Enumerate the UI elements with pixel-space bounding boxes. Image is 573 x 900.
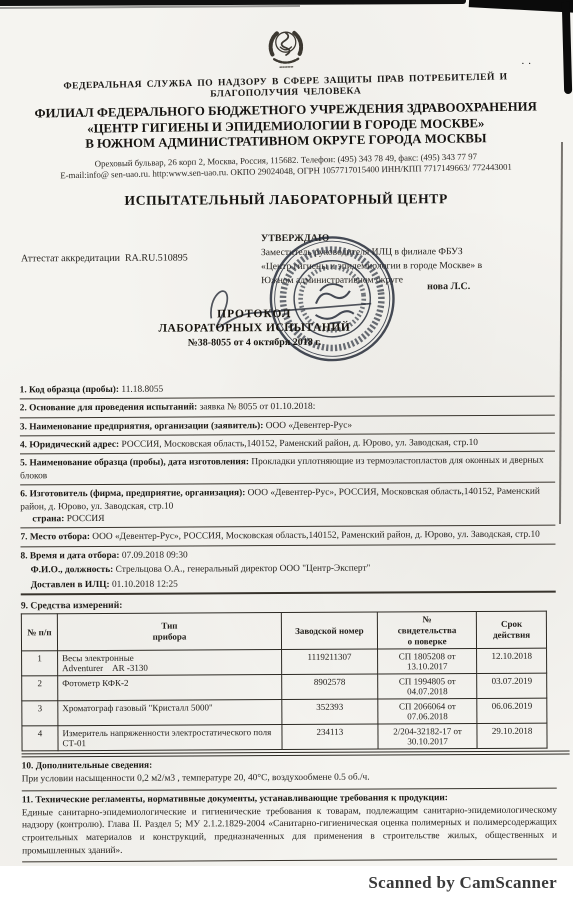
field-manufacturer-country: страна: РОССИЯ [20,511,555,526]
field-sampler-person: Ф.И.О., должность: Стрельцова О.А., гене… [21,562,556,577]
section-text: При условии насыщенности 0,2 м2/м3 , тем… [22,771,557,786]
field-label: 7. Место отбора: [20,532,90,542]
measuring-instruments-table-wrap: № п/п Тип прибора Заводской номер № свид… [21,611,570,758]
protocol-title-line2: ЛАБОРАТОРНЫХ ИСПЫТАНИЙ [19,321,489,335]
col-header-certificate: № свидетельства о поверке [377,612,477,650]
cell-validity: 03.07.2019 [477,674,547,699]
field-label: 1. Код образца (пробы): [20,385,119,396]
approval-zone: Аттестат аккредитации RA.RU.510895 УТВЕР… [19,206,555,379]
field-label: Ф.И.О., должность: [31,565,114,575]
round-ink-stamp-icon [259,226,404,371]
cell-num: 1 [22,651,58,676]
field-value: заявка № 8055 от 01.10.2018: [200,402,316,413]
protocol-title-line1: ПРОТОКОЛ [19,307,489,321]
field-label: Доставлен в ИЛЦ: [31,580,110,590]
document-header: ФЕДЕРАЛЬНАЯ СЛУЖБА ПО НАДЗОРУ В СФЕРЕ ЗА… [18,21,554,210]
cell-serial: 234113 [282,724,378,750]
field-value: 11.18.8055 [121,384,163,394]
camscanner-watermark: Scanned by CamScanner [368,873,557,893]
cell-type: Фотометр КФК-2 [58,675,282,701]
accreditation-certificate: Аттестат аккредитации RA.RU.510895 [21,252,188,264]
cell-type: Весы электронные Adventurer AR -3130 [58,650,282,676]
cell-validity: 12.10.2018 [477,649,547,674]
protocol-title-block: ПРОТОКОЛ ЛАБОРАТОРНЫХ ИСПЫТАНИЙ №38-8055… [19,307,489,349]
field-value: 01.10.2018 12:25 [112,579,178,589]
table-row: 2 Фотометр КФК-2 8902578 СП 1994805 от 0… [22,674,547,702]
cell-serial: 1119211307 [282,649,378,675]
agency-name: ФЕДЕРАЛЬНАЯ СЛУЖБА ПО НАДЗОРУ В СФЕРЕ ЗА… [18,70,553,103]
col-header-validity: Срок действия [477,611,547,649]
camscanner-strip: Scanned by CamScanner [0,866,573,900]
cell-serial: 352393 [282,699,378,725]
cell-certificate: СП 2066064 от 07.06.2018 [378,699,478,725]
signatory-name: нова Л.С. [427,281,470,292]
cell-num: 2 [22,676,58,701]
cell-type: Хроматограф газовый "Кристалл 5000" [58,700,282,726]
table-row: 3 Хроматограф газовый "Кристалл 5000" 35… [22,699,547,727]
protocol-fields: 1. Код образца (пробы): 11.18.8055 2. Ос… [20,378,556,595]
cell-num: 4 [22,726,58,751]
field-value: РОССИЯ [67,514,105,524]
field-sampling-datetime: 8. Время и дата отбора: 07.09.2018 09:30… [20,544,555,595]
field-value: РОССИЯ, Московская область,140152, Рамен… [121,438,478,450]
field-value: 07.09.2018 09:30 [122,550,188,560]
field-value: ООО «Девентер-Рус», РОССИЯ, Московская о… [92,530,540,542]
field-sample-name: 5. Наименование образца (пробы), дата из… [20,452,555,486]
cell-certificate: 2/204-32182-17 от 30.10.2017 [378,724,478,750]
field-label: страна: [32,514,64,524]
section-additional-info: 10. Дополнительные сведения: При условии… [22,755,557,791]
field-label: 6. Изготовитель (фирма, предприятие, орг… [20,488,245,499]
document-body: ФЕДЕРАЛЬНАЯ СЛУЖБА ПО НАДЗОРУ В СФЕРЕ ЗА… [0,0,573,900]
field-value: ООО «Девентер-Рус» [266,420,352,430]
table-row: 1 Весы электронные Adventurer AR -3130 1… [22,649,547,677]
section-regulations: 11. Технические регламенты, нормативные … [22,788,557,862]
field-label: 8. Время и дата отбора: [21,551,120,562]
cell-certificate: СП 1805208 от 13.10.2017 [377,649,477,675]
field-manufacturer: 6. Изготовитель (фирма, предприятие, орг… [20,483,555,529]
table-row: 4 Измеритель напряженности электростатич… [22,724,547,752]
organization-address: Ореховый бульвар, 26 корп 2, Москва, Рос… [18,150,553,182]
col-header-num: № п/п [21,614,57,652]
cell-validity: 06.06.2019 [477,699,547,724]
cell-type: Измеритель напряженности электростатичес… [58,725,282,751]
field-label: 2. Основание для проведения испытаний: [20,403,198,414]
section-text: Единые санитарно-эпидемиологические и ги… [22,804,557,858]
field-label: 4. Юридический адрес: [20,440,119,451]
cell-certificate: СП 1994805 от 04.07.2018 [377,674,477,700]
section-measuring-instruments-label: 9. Средства измерений: [21,598,556,612]
col-header-serial: Заводской номер [281,612,377,650]
field-delivered-to-ilc: Доставлен в ИЛЦ: 01.10.2018 12:25 [21,576,556,591]
measuring-instruments-table: № п/п Тип прибора Заводской номер № свид… [21,611,548,752]
col-header-type: Тип прибора [57,613,281,652]
protocol-number-date: №38-8055 от 4 октября 2018 г. [19,336,489,349]
rospotrebnadzor-emblem-icon [261,21,310,72]
cell-num: 3 [22,701,58,726]
cell-validity: 29.10.2018 [477,724,547,749]
field-label: 5. Наименование образца (пробы), дата из… [20,458,249,469]
scanned-document-page: .. ФЕДЕРАЛЬНАЯ СЛУЖБА ПО НАДЗОРУ В СФЕРЕ… [0,0,573,900]
field-label: 3. Наименование предприятия, организации… [20,421,264,432]
field-value: Стрельцова О.А., генеральный директор ОО… [116,564,371,575]
cell-serial: 8902578 [282,674,378,700]
table-header-row: № п/п Тип прибора Заводской номер № свид… [21,611,546,651]
